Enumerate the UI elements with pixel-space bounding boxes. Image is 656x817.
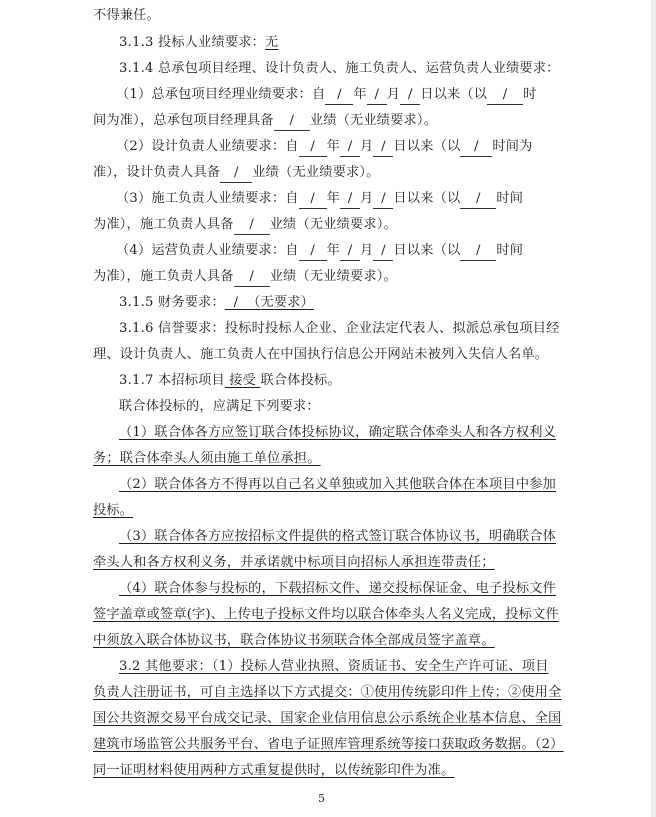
- section-3-2-line2: 负责人注册证书，可自主选择以下方式提交：①使用传统影印件上传；②使用全: [93, 680, 562, 706]
- scrollbar-track[interactable]: [651, 0, 656, 817]
- text: 3.1.4 总承包项目经理、设计负责人、施工负责人、运营负责人业绩要求：: [119, 61, 560, 76]
- year-blank: /: [299, 190, 327, 209]
- section-3-2-line4: 建筑市场监管公共服务平台、省电子证照库管理系统等接口获取政务数据。（2）: [93, 732, 564, 758]
- year-blank: /: [299, 138, 327, 157]
- consortium-req-4-line2: 签字盖章或签章(字)、上传电子投标文件均以联合体牵头人名义完成，投标文件: [93, 602, 559, 628]
- filled-value: / （无要求）: [225, 295, 314, 310]
- day-blank: /: [373, 190, 393, 209]
- perf-blank: /: [234, 216, 270, 235]
- perf-req-operation-line2: 为准），施工负责人具备/业绩（无业绩要求）。: [93, 264, 397, 290]
- consortium-req-3-line1: （3）联合体各方应按招标文件提供的格式签订联合体协议书，明确联合体: [119, 524, 556, 550]
- section-3-1-7: 3.1.7 本招标项目 接受 联合体投标。: [119, 368, 341, 394]
- text: 不得兼任。: [93, 8, 160, 23]
- perf-req-operation-line1: （4）运营负责人业绩要求：自/年/月/日以来（以/时间: [116, 238, 523, 264]
- day-blank: /: [373, 138, 393, 157]
- page-number: 5: [318, 792, 325, 805]
- day-blank: /: [400, 86, 420, 105]
- perf-blank: /: [274, 112, 310, 131]
- time-blank: /: [460, 242, 496, 261]
- section-3-1-3: 3.1.3 投标人业绩要求：无: [119, 30, 278, 56]
- perf-req-pm-line2: 间为准），总承包项目经理具备/业绩（无业绩要求）。: [93, 108, 437, 134]
- perf-blank: /: [220, 164, 252, 183]
- section-3-2-line1: 3.2 其他要求：（1）投标人营业执照、资质证书、安全生产许可证、项目: [119, 654, 549, 680]
- month-blank: /: [367, 86, 387, 105]
- perf-req-pm-line1: （1）总承包项目经理业绩要求：自/年/月/日以来（以/时: [116, 82, 537, 108]
- day-blank: /: [373, 242, 393, 261]
- perf-req-construction-line1: （3）施工负责人业绩要求：自/年/月/日以来（以/时间: [116, 186, 523, 212]
- month-blank: /: [340, 242, 360, 261]
- year-blank: /: [299, 242, 327, 261]
- consortium-req-4-line3: 中须放入联合体协议书，联合体协议书须联合体全部成员签字盖章。: [93, 628, 495, 654]
- section-3-1-5: 3.1.5 财务要求： / （无要求）: [119, 290, 314, 316]
- section-3-2-line5: 同一证明材料使用两种方式重复提供时，以传统影印件为准。: [93, 758, 454, 784]
- year-blank: /: [325, 86, 353, 105]
- time-blank: /: [460, 190, 496, 209]
- consortium-intro: 联合体投标的，应满足下列要求：: [119, 394, 320, 420]
- perf-blank: /: [234, 268, 270, 287]
- time-blank: /: [460, 138, 492, 157]
- time-blank: /: [487, 86, 523, 105]
- section-3-1-6-line2: 理、设计负责人、施工负责人在中国执行信息公开网站未被列入失信人名单。: [93, 342, 548, 368]
- consortium-req-2-line2: 投标。: [93, 498, 133, 524]
- perf-req-design-line1: （2）设计负责人业绩要求：自/年/月/日以来（以/时间为: [116, 134, 533, 160]
- paragraph-line: 不得兼任。: [93, 3, 160, 29]
- section-3-2-line3: 国公共资源交易平台成交记录、国家企业信用信息公示系统企业基本信息、全国: [93, 706, 562, 732]
- consortium-req-3-line2: 牵头人和各方权利义务，并承诺就中标项目向招标人承担连带责任；: [93, 550, 495, 576]
- section-3-1-4: 3.1.4 总承包项目经理、设计负责人、施工负责人、运营负责人业绩要求：: [119, 56, 560, 82]
- consortium-req-1-line1: （1）联合体各方应签订联合体投标协议，确定联合体牵头人和各方权利义: [119, 420, 556, 446]
- perf-req-construction-line2: 为准），施工负责人具备/业绩（无业绩要求）。: [93, 212, 397, 238]
- consortium-req-2-line1: （2）联合体各方不得再以自己名义单独或加入其他联合体在本项目中参加: [119, 472, 556, 498]
- label: 3.1.3 投标人业绩要求：: [119, 35, 265, 50]
- filled-value: 接受: [225, 373, 261, 388]
- filled-value: 无: [265, 35, 278, 50]
- section-3-1-6-line1: 3.1.6 信誉要求：投标时投标人企业、企业法定代表人、拟派总承包项目经: [119, 316, 560, 342]
- consortium-req-4-line1: （4）联合体参与投标的，下载招标文件、递交投标保证金、电子投标文件: [119, 576, 556, 602]
- month-blank: /: [340, 190, 360, 209]
- month-blank: /: [340, 138, 360, 157]
- consortium-req-1-line2: 务；联合体牵头人须由施工单位承担。: [93, 446, 321, 472]
- perf-req-design-line2: 准），设计负责人具备/业绩（无业绩要求）。: [93, 160, 380, 186]
